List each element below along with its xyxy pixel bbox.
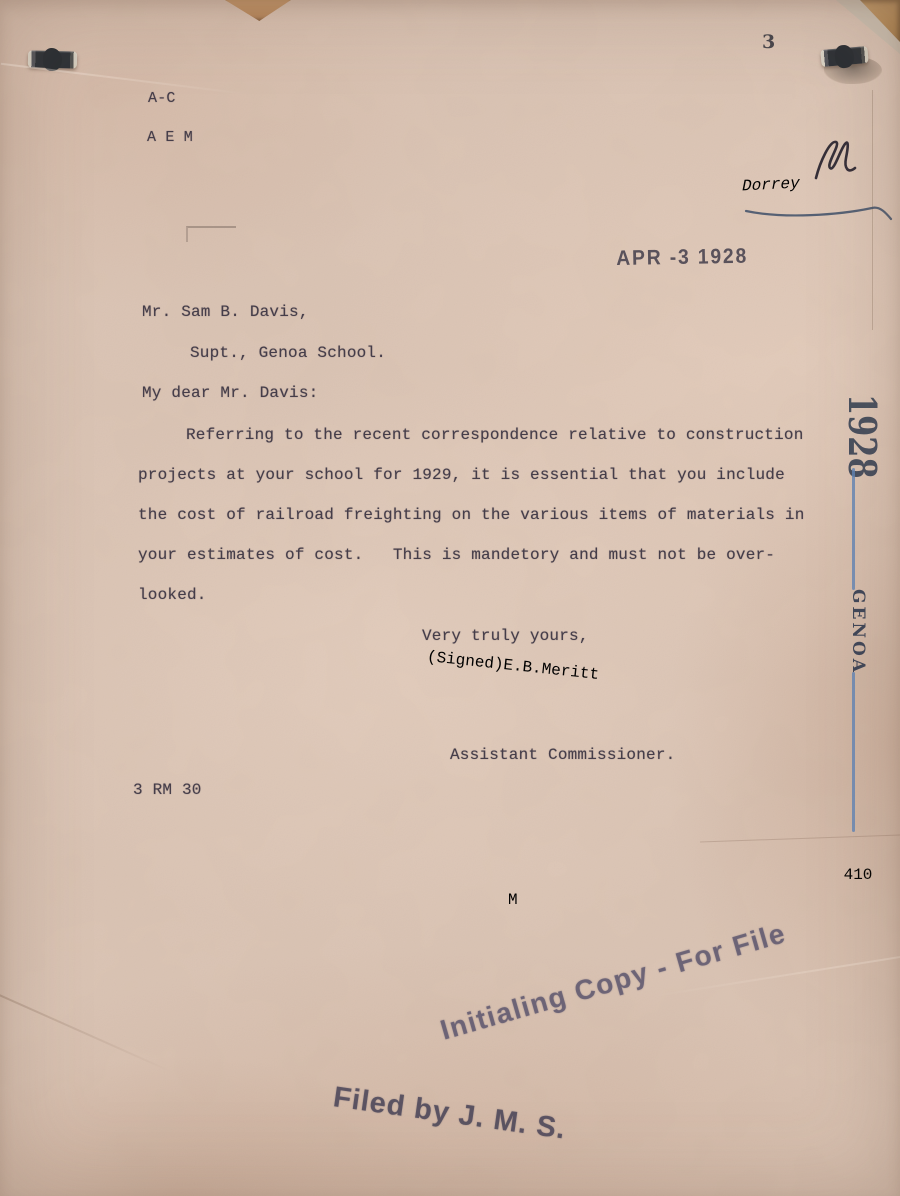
- handwritten-underline: [744, 203, 894, 225]
- handwritten-surname-text: Dorrey: [740, 174, 801, 195]
- body-line: your estimates of cost. This is mandetor…: [138, 546, 775, 564]
- salutation: My dear Mr. Davis:: [142, 384, 318, 402]
- body-line: the cost of railroad freighting on the v…: [138, 506, 805, 524]
- crease-mark: [0, 989, 172, 1072]
- margin-year-stamp: 1928: [842, 394, 882, 458]
- margin-rule-lower: [852, 672, 855, 832]
- staple-left: [28, 50, 77, 68]
- crease-mark: [700, 835, 900, 843]
- signature-stamp: (Signed)E.B.Meritt: [426, 648, 600, 684]
- signature-title: Assistant Commissioner.: [450, 746, 675, 764]
- handwritten-monogram: M: [508, 891, 518, 909]
- initialing-copy-stamp: Initialing Copy - For File: [436, 894, 860, 1051]
- handwritten-initials: [810, 134, 862, 193]
- scanned-letter-page: 3 A-C A E M Dorrey APR -3 1928 Mr. Sam B…: [0, 0, 900, 1196]
- margin-rule-upper: [852, 468, 855, 590]
- body-line: looked.: [138, 586, 207, 604]
- margin-file-number: 410: [823, 866, 893, 900]
- margin-school-stamp: GENOA: [847, 587, 869, 677]
- date-stamp: APR -3 1928: [616, 245, 748, 271]
- handwritten-surname: Dorrey: [740, 174, 801, 195]
- typist-reference: 3 RM 30: [133, 781, 202, 799]
- file-code-line2: A E M: [147, 129, 193, 146]
- recipient-line2: Supt., Genoa School.: [190, 344, 386, 362]
- crease-mark: [186, 226, 236, 242]
- closing: Very truly yours,: [422, 627, 589, 645]
- body-line: Referring to the recent correspondence r…: [186, 426, 804, 444]
- page-number: 3: [762, 31, 775, 53]
- file-code-line1: A-C: [148, 90, 176, 107]
- filed-by-stamp: Filed by J. M. S.: [331, 1079, 633, 1156]
- torn-notch: [225, 0, 291, 21]
- recipient-line1: Mr. Sam B. Davis,: [142, 303, 309, 321]
- body-line: projects at your school for 1929, it is …: [138, 466, 785, 484]
